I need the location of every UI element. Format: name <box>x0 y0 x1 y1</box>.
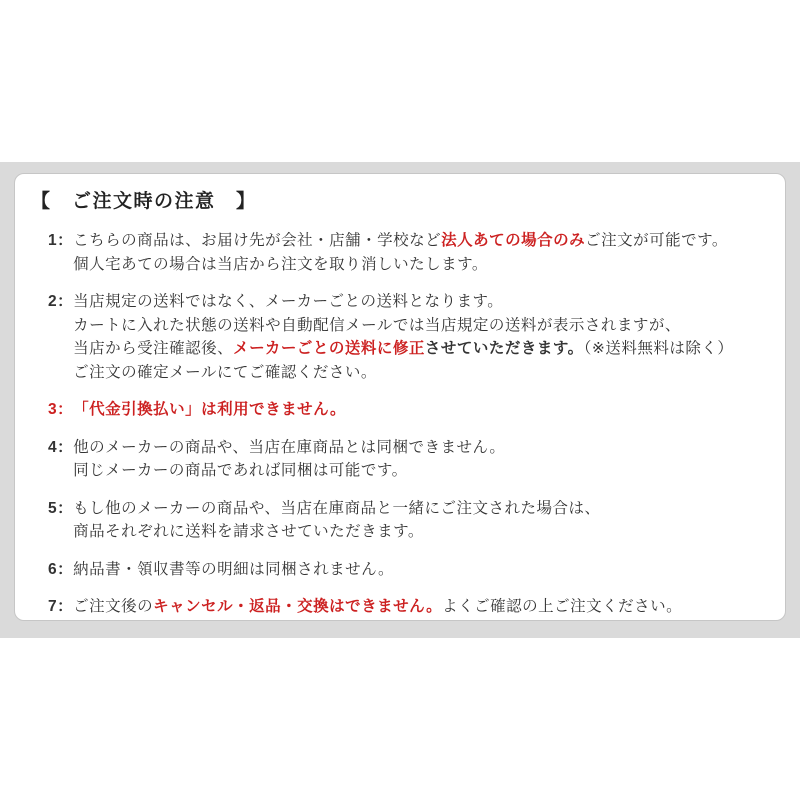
text-segment: 当店規定の送料ではなく、メーカーごとの送料となります。 <box>73 293 503 310</box>
notice-title: 【 ご注文時の注意 】 <box>31 186 771 213</box>
text-line: 他のメーカーの商品や、当店在庫商品とは同梱できません。 <box>73 436 771 460</box>
text-line: ご注文の確定メールにてご確認ください。 <box>73 361 771 385</box>
text-segment: 商品それぞれに送料を請求させていただきます。 <box>73 523 424 540</box>
text-segment: 他のメーカーの商品や、当店在庫商品とは同梱できません。 <box>73 439 505 456</box>
text-line: もし他のメーカーの商品や、当店在庫商品と一緒にご注文された場合は、 <box>73 497 771 521</box>
text-segment: よくご確認の上ご注文ください。 <box>442 598 682 615</box>
notice-item: 7：ご注文後のキャンセル・返品・交換はできません。よくご確認の上ご注文ください。 <box>31 595 771 619</box>
notice-item: 5：もし他のメーカーの商品や、当店在庫商品と一緒にご注文された場合は、商品それぞ… <box>31 497 771 544</box>
notice-item: 4：他のメーカーの商品や、当店在庫商品とは同梱できません。同じメーカーの商品であ… <box>31 436 771 483</box>
text-segment: ご注文が可能です。 <box>585 232 728 249</box>
item-text: こちらの商品は、お届け先が会社・店舗・学校など法人あての場合のみご注文が可能です… <box>73 229 771 276</box>
text-segment: カートに入れた状態の送料や自動配信メールでは当店規定の送料が表示されますが、 <box>73 317 681 334</box>
text-segment: 同じメーカーの商品であれば同梱は可能です。 <box>73 462 407 479</box>
text-line: こちらの商品は、お届け先が会社・店舗・学校など法人あての場合のみご注文が可能です… <box>73 229 771 253</box>
text-segment: ご注文の確定メールにてご確認ください。 <box>73 364 377 381</box>
notice-list: 1：こちらの商品は、お届け先が会社・店舗・学校など法人あての場合のみご注文が可能… <box>31 229 771 619</box>
text-line: 商品それぞれに送料を請求させていただきます。 <box>73 520 771 544</box>
text-segment: もし他のメーカーの商品や、当店在庫商品と一緒にご注文された場合は、 <box>73 500 600 517</box>
item-text: 納品書・領収書等の明細は同梱されません。 <box>73 558 771 582</box>
text-segment: させていただきます。 <box>425 340 584 357</box>
item-number: 7： <box>48 595 73 619</box>
text-line: 個人宅あての場合は当店から注文を取り消しいたします。 <box>73 253 771 277</box>
text-segment: こちらの商品は、お届け先が会社・店舗・学校など <box>73 232 441 249</box>
item-number: 2： <box>48 290 73 314</box>
item-text: 他のメーカーの商品や、当店在庫商品とは同梱できません。同じメーカーの商品であれば… <box>73 436 771 483</box>
text-line: 当店から受注確認後、メーカーごとの送料に修正させていただきます。（※送料無料は除… <box>73 337 771 361</box>
text-segment: キャンセル・返品・交換はできません。 <box>153 598 442 615</box>
text-line: カートに入れた状態の送料や自動配信メールでは当店規定の送料が表示されますが、 <box>73 314 771 338</box>
text-segment: 「代金引換払い」は利用できません。 <box>73 401 346 418</box>
notice-item: 1：こちらの商品は、お届け先が会社・店舗・学校など法人あての場合のみご注文が可能… <box>31 229 771 276</box>
notice-item: 6：納品書・領収書等の明細は同梱されません。 <box>31 558 771 582</box>
item-number: 4： <box>48 436 73 460</box>
item-text: もし他のメーカーの商品や、当店在庫商品と一緒にご注文された場合は、商品それぞれに… <box>73 497 771 544</box>
page: { "colors": { "accent_red": "#cc2020", "… <box>0 0 800 800</box>
text-segment: ご注文後の <box>73 598 153 615</box>
text-segment: 当店から受注確認後、 <box>73 340 233 357</box>
item-text: 当店規定の送料ではなく、メーカーごとの送料となります。カートに入れた状態の送料や… <box>73 290 771 384</box>
item-text: 「代金引換払い」は利用できません。 <box>73 398 771 422</box>
text-line: 納品書・領収書等の明細は同梱されません。 <box>73 558 771 582</box>
text-line: 当店規定の送料ではなく、メーカーごとの送料となります。 <box>73 290 771 314</box>
text-segment: 法人あての場合のみ <box>441 232 585 249</box>
notice-card: 【 ご注文時の注意 】 1：こちらの商品は、お届け先が会社・店舗・学校など法人あ… <box>14 173 786 621</box>
text-line: ご注文後のキャンセル・返品・交換はできません。よくご確認の上ご注文ください。 <box>73 595 771 619</box>
text-segment: 納品書・領収書等の明細は同梱されません。 <box>73 561 394 578</box>
text-segment: メーカーごとの送料に修正 <box>233 340 425 357</box>
item-number: 3： <box>48 398 73 422</box>
text-segment: 個人宅あての場合は当店から注文を取り消しいたします。 <box>73 256 488 273</box>
item-number: 1： <box>48 229 73 253</box>
notice-item: 2：当店規定の送料ではなく、メーカーごとの送料となります。カートに入れた状態の送… <box>31 290 771 384</box>
item-text: ご注文後のキャンセル・返品・交換はできません。よくご確認の上ご注文ください。 <box>73 595 771 619</box>
text-line: 同じメーカーの商品であれば同梱は可能です。 <box>73 459 771 483</box>
item-number: 5： <box>48 497 73 521</box>
text-segment: （※送料無料は除く） <box>584 340 734 357</box>
item-number: 6： <box>48 558 73 582</box>
text-line: 「代金引換払い」は利用できません。 <box>73 398 771 422</box>
notice-item: 3：「代金引換払い」は利用できません。 <box>31 398 771 422</box>
